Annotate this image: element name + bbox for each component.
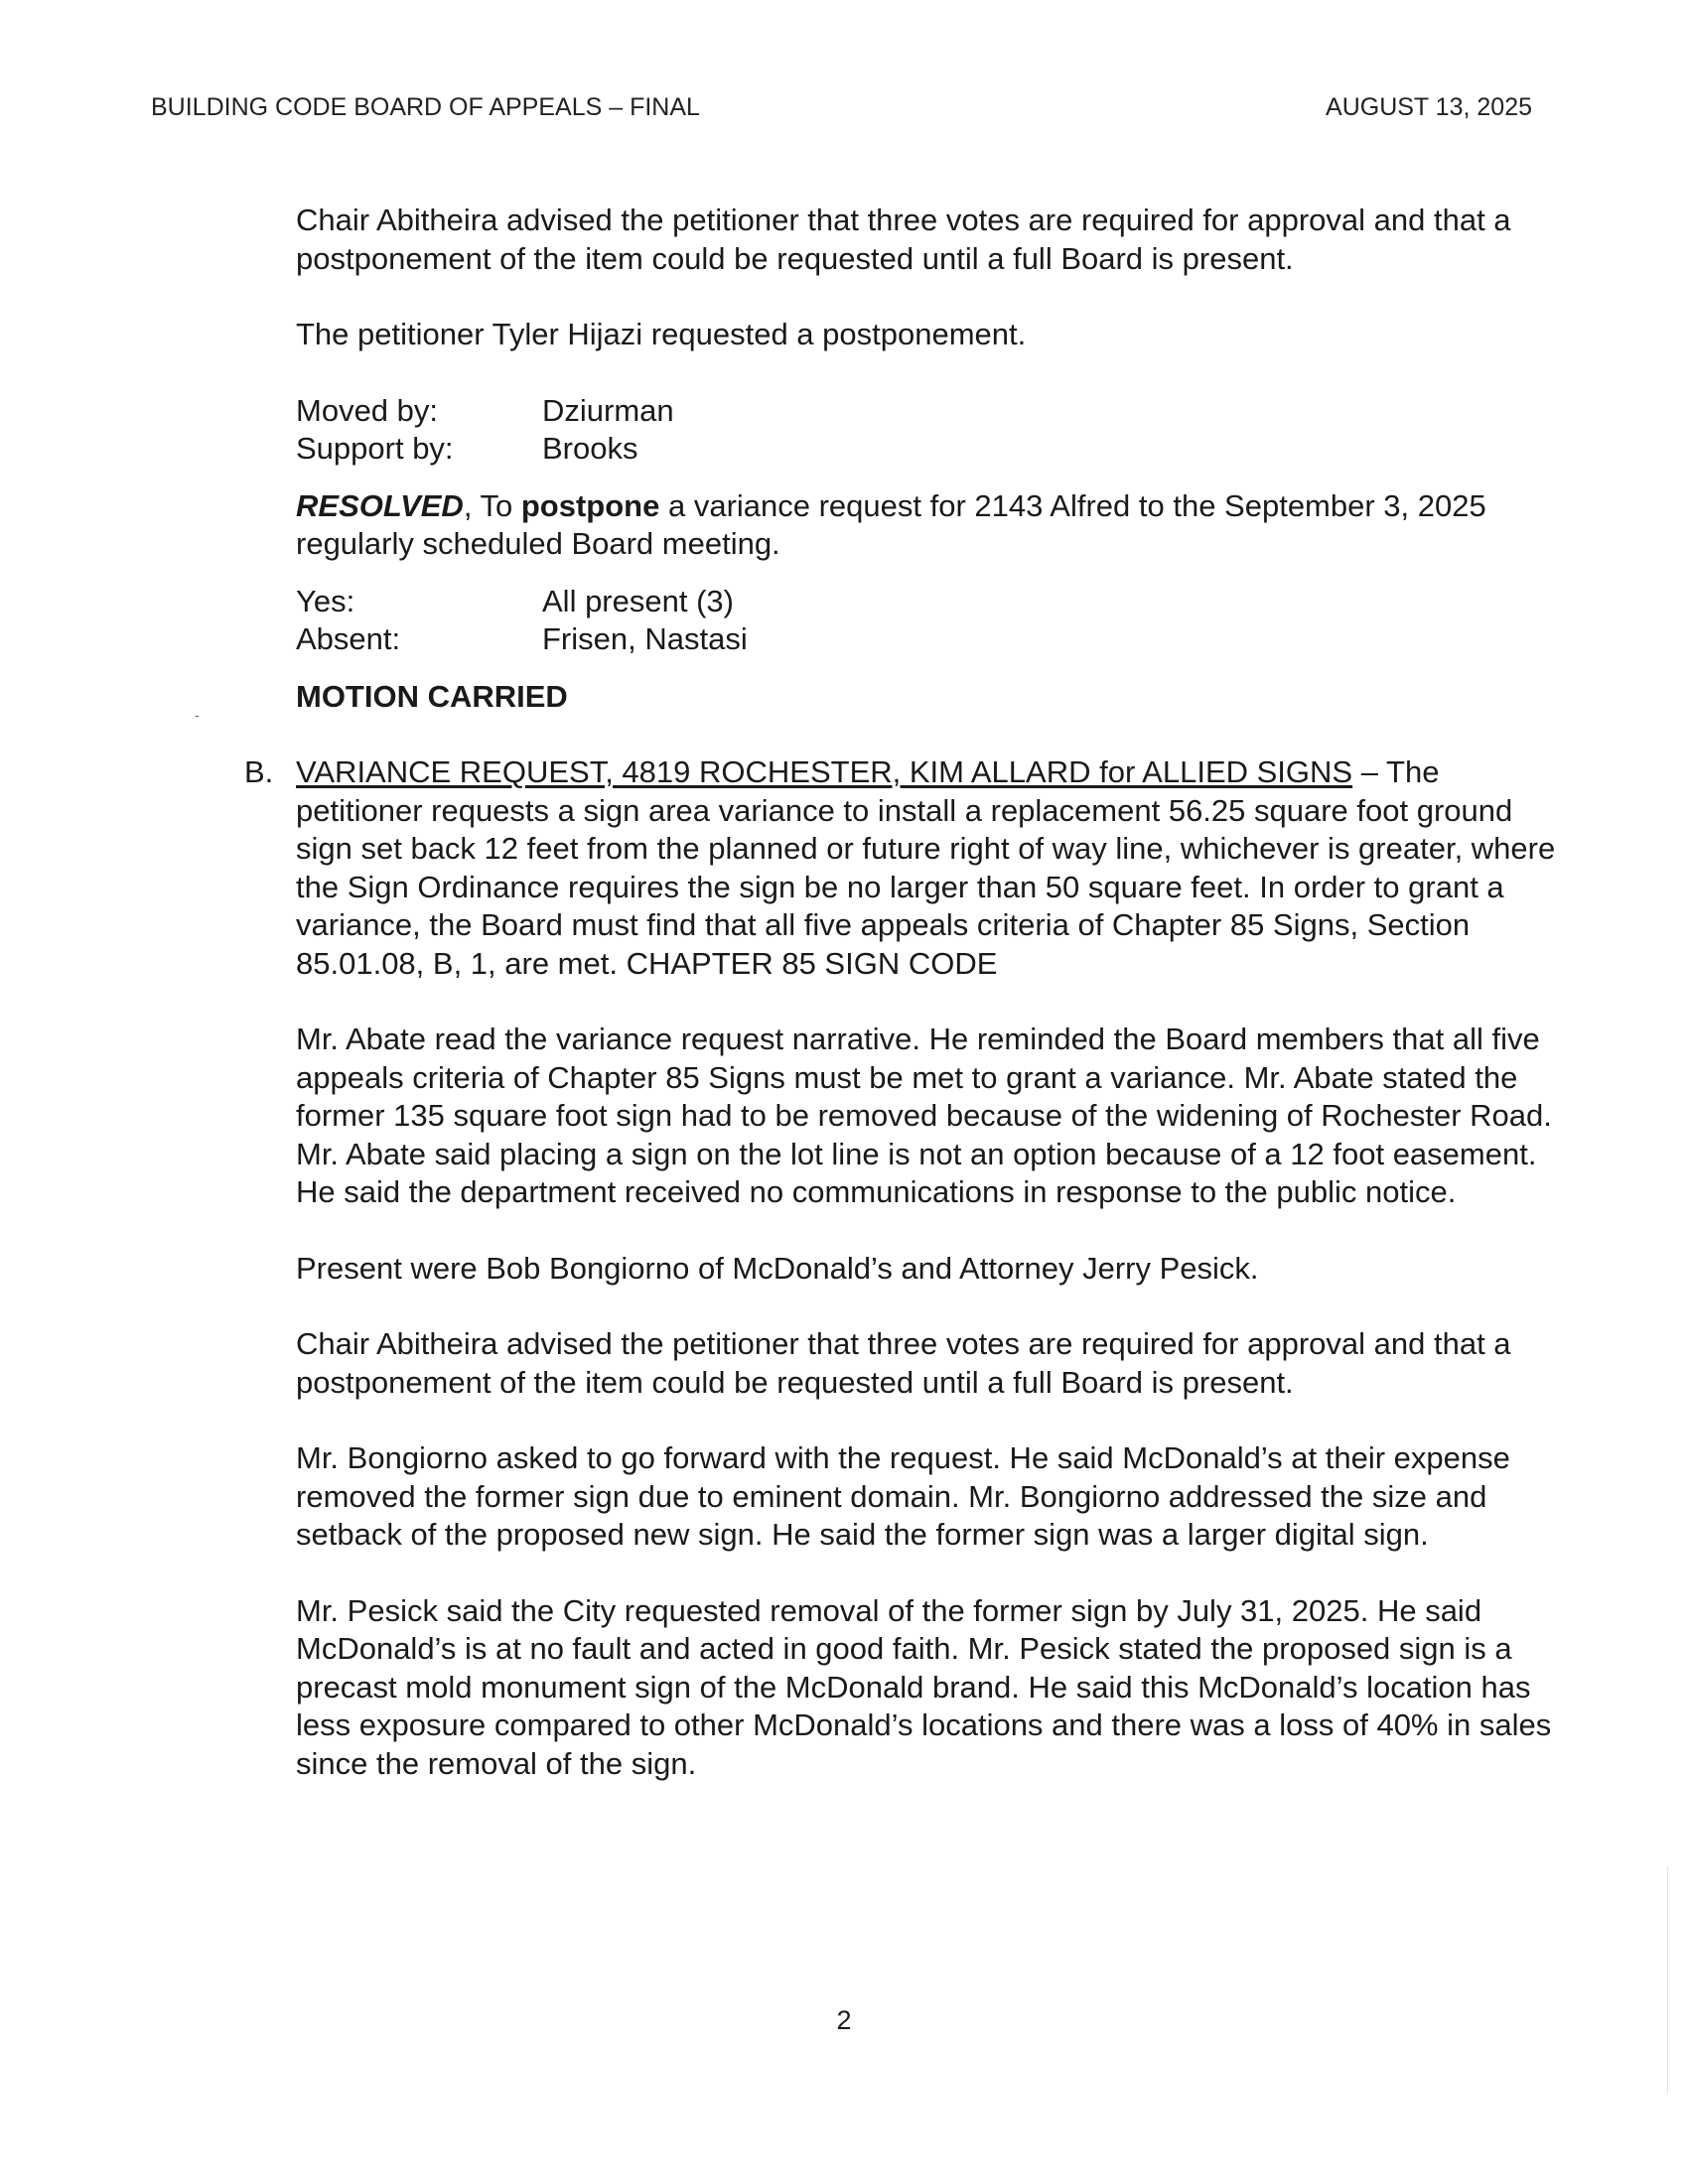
- item-marker: B.: [244, 753, 273, 792]
- motion-movers: Moved by: Dziurman Support by: Brooks: [296, 392, 1567, 469]
- chair-advice: Chair Abitheira advised the petitioner t…: [296, 202, 1567, 278]
- resolved-lead: RESOLVED: [296, 488, 464, 523]
- resolution: RESOLVED, To postpone a variance request…: [296, 487, 1567, 564]
- petitioner-request: The petitioner Tyler Hijazi requested a …: [296, 316, 1567, 354]
- document-title: BUILDING CODE BOARD OF APPEALS – FINAL: [151, 93, 700, 122]
- yes-label: Yes:: [296, 583, 542, 621]
- abate-narrative: Mr. Abate read the variance request narr…: [296, 1021, 1567, 1212]
- chair-advice-b: Chair Abitheira advised the petitioner t…: [296, 1325, 1567, 1402]
- meeting-date: AUGUST 13, 2025: [1326, 93, 1532, 122]
- absent-value: Frisen, Nastasi: [542, 620, 1567, 659]
- support-by-value: Brooks: [542, 430, 1567, 469]
- item-b-description: VARIANCE REQUEST, 4819 ROCHESTER, KIM AL…: [296, 753, 1567, 983]
- minutes-body: Chair Abitheira advised the petitioner t…: [296, 202, 1567, 1821]
- yes-value: All present (3): [542, 583, 1567, 621]
- absent-label: Absent:: [296, 620, 542, 659]
- item-b-title: VARIANCE REQUEST, 4819 ROCHESTER, KIM AL…: [296, 754, 1352, 789]
- vote-record: Yes: All present (3) Absent: Frisen, Nas…: [296, 583, 1567, 659]
- resolution-action: postpone: [521, 488, 660, 523]
- attendees: Present were Bob Bongiorno of McDonald’s…: [296, 1250, 1567, 1289]
- motion-result: MOTION CARRIED: [296, 678, 1567, 717]
- resolution-text-1: , To: [464, 488, 521, 523]
- moved-by-value: Dziurman: [542, 392, 1567, 431]
- moved-by-label: Moved by:: [296, 392, 542, 431]
- scan-artifact: -: [195, 707, 200, 723]
- page-header: BUILDING CODE BOARD OF APPEALS – FINAL A…: [151, 93, 1532, 122]
- page-number: 2: [0, 2005, 1688, 2036]
- scan-edge-artifact: [1667, 1866, 1668, 2095]
- pesick-statement: Mr. Pesick said the City requested remov…: [296, 1592, 1567, 1784]
- support-by-label: Support by:: [296, 430, 542, 469]
- bongiorno-statement: Mr. Bongiorno asked to go forward with t…: [296, 1439, 1567, 1555]
- agenda-item-b: B. VARIANCE REQUEST, 4819 ROCHESTER, KIM…: [296, 753, 1567, 983]
